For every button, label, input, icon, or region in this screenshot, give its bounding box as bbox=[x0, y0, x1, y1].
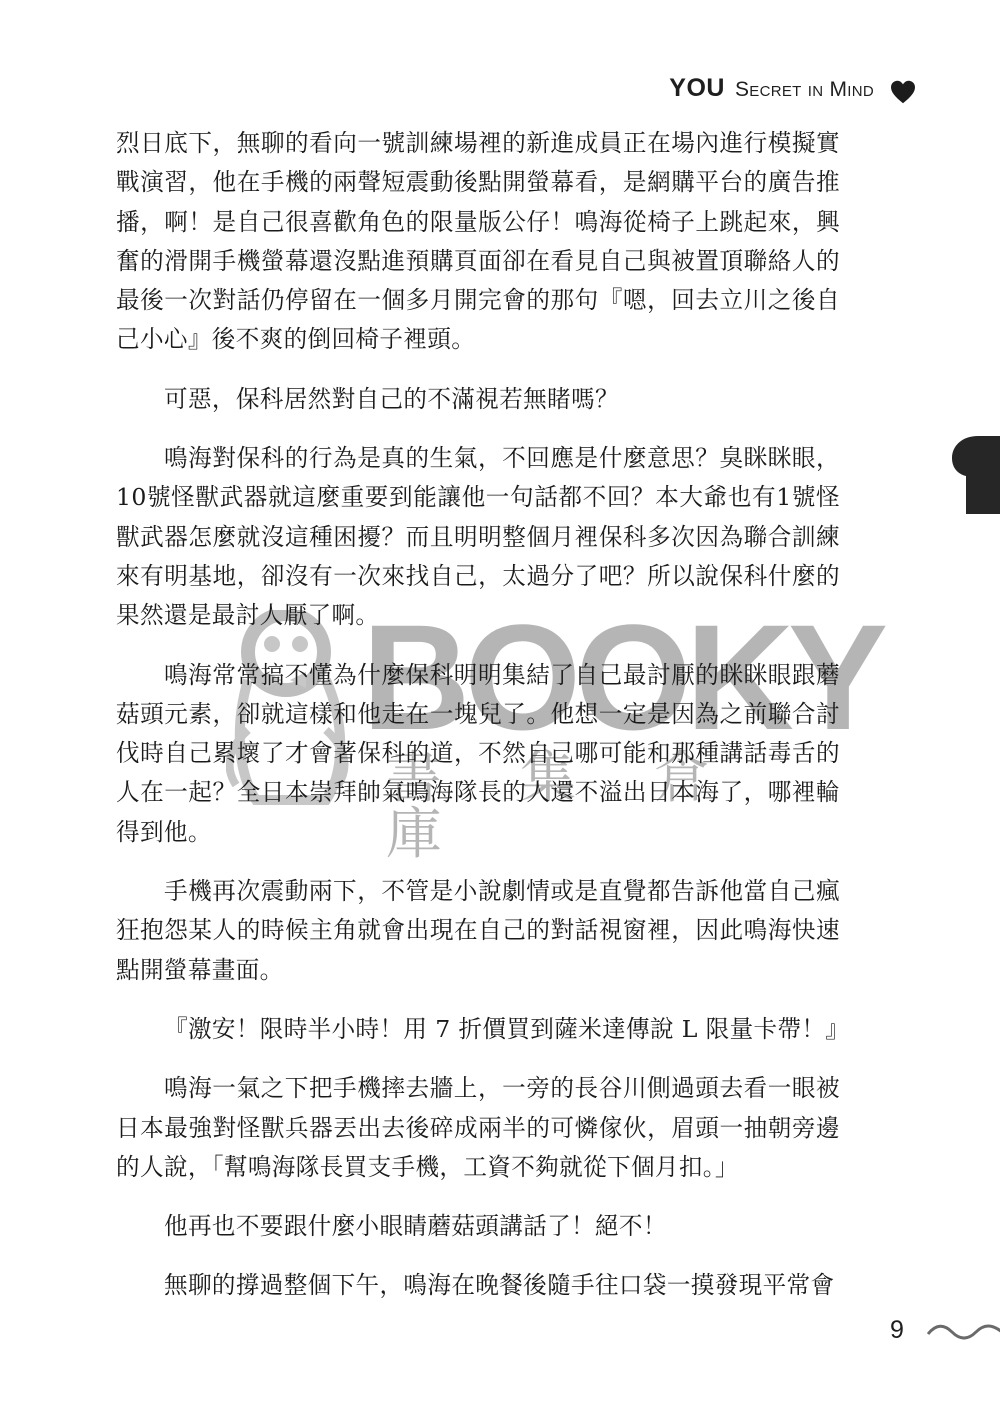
header-title-bold: YOU bbox=[669, 74, 725, 103]
paragraph-3: 鳴海對保科的行為是真的生氣，不回應是什麼意思？臭眯眯眼，10號怪獸武器就這麼重要… bbox=[116, 439, 840, 635]
page-number: 9 bbox=[890, 1316, 904, 1345]
paragraph-9: 無聊的撐過整個下午，鳴海在晚餐後隨手往口袋一摸發現平常會 bbox=[116, 1266, 840, 1305]
wave-ornament-icon bbox=[926, 1322, 1000, 1342]
header-title-subtitle: Secret in Mind bbox=[735, 78, 874, 102]
paragraph-7: 鳴海一氣之下把手機摔去牆上，一旁的長谷川側過頭去看一眼被日本最強對怪獸兵器丟出去… bbox=[116, 1069, 840, 1187]
paragraph-1: 烈日底下，無聊的看向一號訓練場裡的新進成員正在場內進行模擬實戰演習，他在手機的兩… bbox=[116, 124, 840, 360]
running-header: YOU Secret in Mind bbox=[669, 74, 916, 103]
paragraph-2: 可惡，保科居然對自己的不滿視若無睹嗎？ bbox=[116, 380, 840, 419]
paragraph-4: 鳴海常常搞不懂為什麼保科明明集結了自己最討厭的眯眯眼跟蘑菇頭元素，卻就這樣和他走… bbox=[116, 656, 840, 852]
paragraph-6: 『激安！限時半小時！用 7 折價買到薩米達傳說 L 限量卡帶！』 bbox=[116, 1010, 840, 1049]
paragraph-5: 手機再次震動兩下，不管是小說劇情或是直覺都告訴他當自己瘋狂抱怨某人的時候主角就會… bbox=[116, 872, 840, 990]
heart-icon bbox=[890, 80, 916, 104]
page-body: 烈日底下，無聊的看向一號訓練場裡的新進成員正在場內進行模擬實戰演習，他在手機的兩… bbox=[116, 124, 840, 1326]
paragraph-8: 他再也不要跟什麼小眼睛蘑菇頭講話了！絕不！ bbox=[116, 1207, 840, 1246]
thumb-index-tab-icon bbox=[952, 436, 1000, 514]
